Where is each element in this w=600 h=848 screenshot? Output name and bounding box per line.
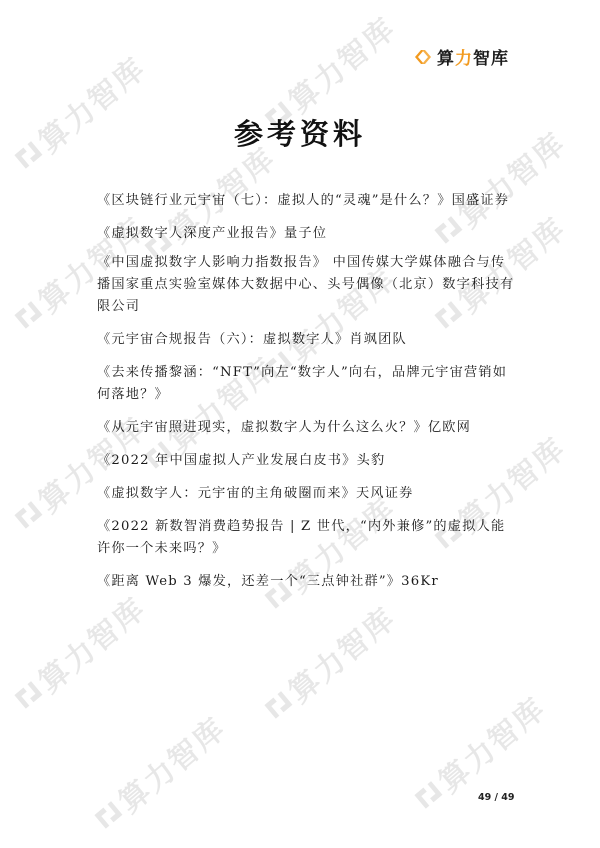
watermark: 算力智库	[256, 595, 404, 729]
watermark-logo-icon	[13, 299, 44, 330]
watermark: 算力智库	[86, 705, 234, 839]
reference-item: 《元宇宙合规报告（六）：虚拟数字人》肖飒团队	[97, 329, 517, 351]
watermark: 算力智库	[6, 585, 154, 719]
watermark-logo-icon	[13, 679, 44, 710]
reference-item: 《距离 Web 3 爆发，还差一个“三点钟社群”》36Kr	[97, 571, 517, 593]
watermark-logo-icon	[413, 779, 444, 810]
page-title: 参考资料	[0, 112, 600, 153]
watermark-logo-icon	[263, 689, 294, 720]
reference-list: 《区块链行业元宇宙（七）：虚拟人的“灵魂”是什么？》国盛证券 《虚拟数字人深度产…	[97, 190, 517, 593]
page-number: 49 / 49	[478, 792, 515, 803]
brand-name: 算力智库	[437, 44, 509, 69]
brand-header: 算力智库	[413, 44, 509, 69]
reference-item: 《从元宇宙照进现实，虚拟数字人为什么这么火？》亿欧网	[97, 417, 517, 439]
double-chevron-logo-icon	[413, 47, 433, 67]
reference-item: 《虚拟数字人：元宇宙的主角破圈而来》天风证券	[97, 483, 517, 505]
reference-item: 《去来传播黎涵：“NFT”向左“数字人”向右，品牌元宇宙营销如何落地？》	[97, 362, 517, 406]
reference-item: 《2022 新数智消费趋势报告 | Z 世代，“内外兼修”的虚拟人能许你一个未来…	[97, 516, 517, 560]
reference-item: 《区块链行业元宇宙（七）：虚拟人的“灵魂”是什么？》国盛证券	[97, 190, 517, 212]
watermark-logo-icon	[13, 499, 44, 530]
reference-item: 《中国虚拟数字人影响力指数报告》 中国传媒大学媒体融合与传播国家重点实验室媒体大…	[97, 252, 517, 318]
reference-item: 《虚拟数字人深度产业报告》量子位	[97, 223, 517, 245]
document-page: 算力智库 算力智库 算力智库 算力智库 算力智库 算力智库 算力智库 算力智库 …	[0, 0, 600, 848]
reference-item: 《2022 年中国虚拟人产业发展白皮书》头豹	[97, 450, 517, 472]
watermark-logo-icon	[93, 799, 124, 830]
